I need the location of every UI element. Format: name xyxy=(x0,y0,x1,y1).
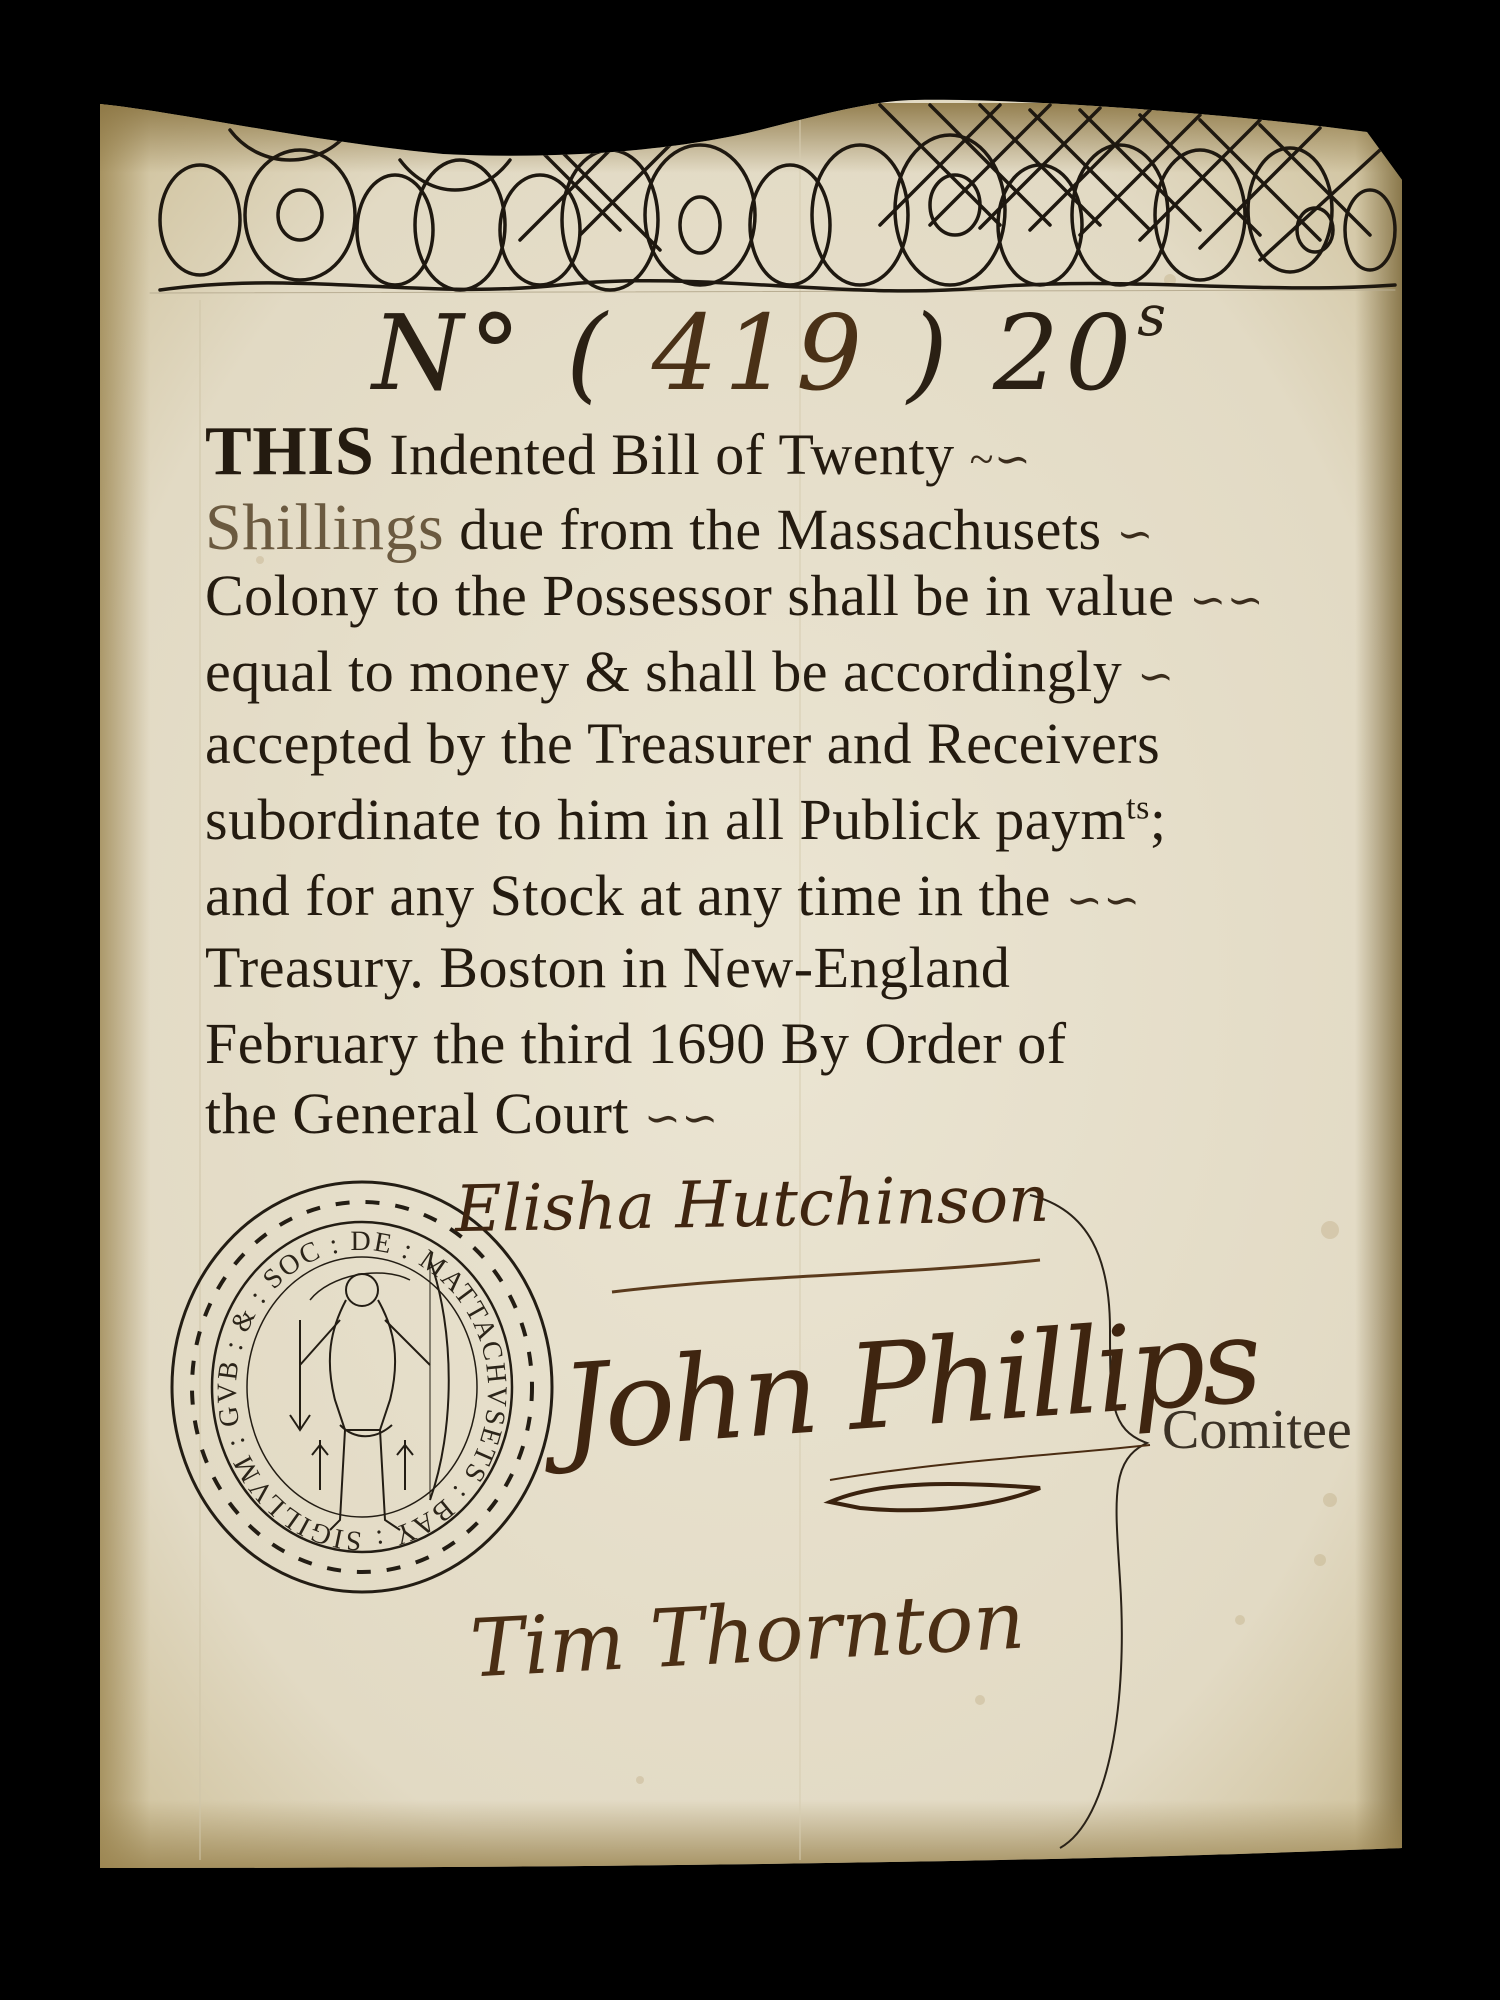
flourish-icon: ∽∽ xyxy=(1066,876,1141,925)
body-line-6: subordinate to him in all Publick paymts… xyxy=(205,786,1166,853)
body-line-7: and for any Stock at any time in the ∽∽ xyxy=(205,862,1141,929)
serial-number: 419 xyxy=(652,292,869,414)
signature-elisha-hutchinson: Elisha Hutchinson xyxy=(454,1163,1050,1247)
flourish-icon: ∽ xyxy=(1137,652,1174,701)
committee-label: Comitee xyxy=(1162,1398,1352,1462)
body-line-10: the General Court ∽∽ xyxy=(205,1080,719,1147)
flourish-icon: ∽∽ xyxy=(644,1094,719,1143)
body-line-8: Treasury. Boston in New-England xyxy=(205,934,1010,1001)
body-line-5: accepted by the Treasurer and Receivers xyxy=(205,710,1160,777)
number-prefix: N° xyxy=(372,292,527,414)
flourish-icon: ∽∽ xyxy=(1189,576,1264,625)
body-line-2: Shillings due from the Massachusets ∽ xyxy=(205,490,1154,566)
denomination-unit: s xyxy=(1137,284,1172,349)
body-line-4: equal to money & shall be accordingly ∽ xyxy=(205,638,1175,705)
flourish-icon: ~∽ xyxy=(970,435,1032,484)
serial-header: N° ( 419 ) 20s xyxy=(372,292,1172,414)
body-line-9: February the third 1690 By Order of xyxy=(205,1010,1067,1077)
body-line-1: THIS Indented Bill of Twenty ~∽ xyxy=(205,412,1031,492)
body-line-3: Colony to the Possessor shall be in valu… xyxy=(205,562,1264,629)
denomination: 20 xyxy=(993,292,1137,414)
banknote-document: SIGILLVM : GVB : & : SOC : DE : MATTACHV… xyxy=(0,0,1500,2000)
flourish-icon: ∽ xyxy=(1117,510,1154,559)
